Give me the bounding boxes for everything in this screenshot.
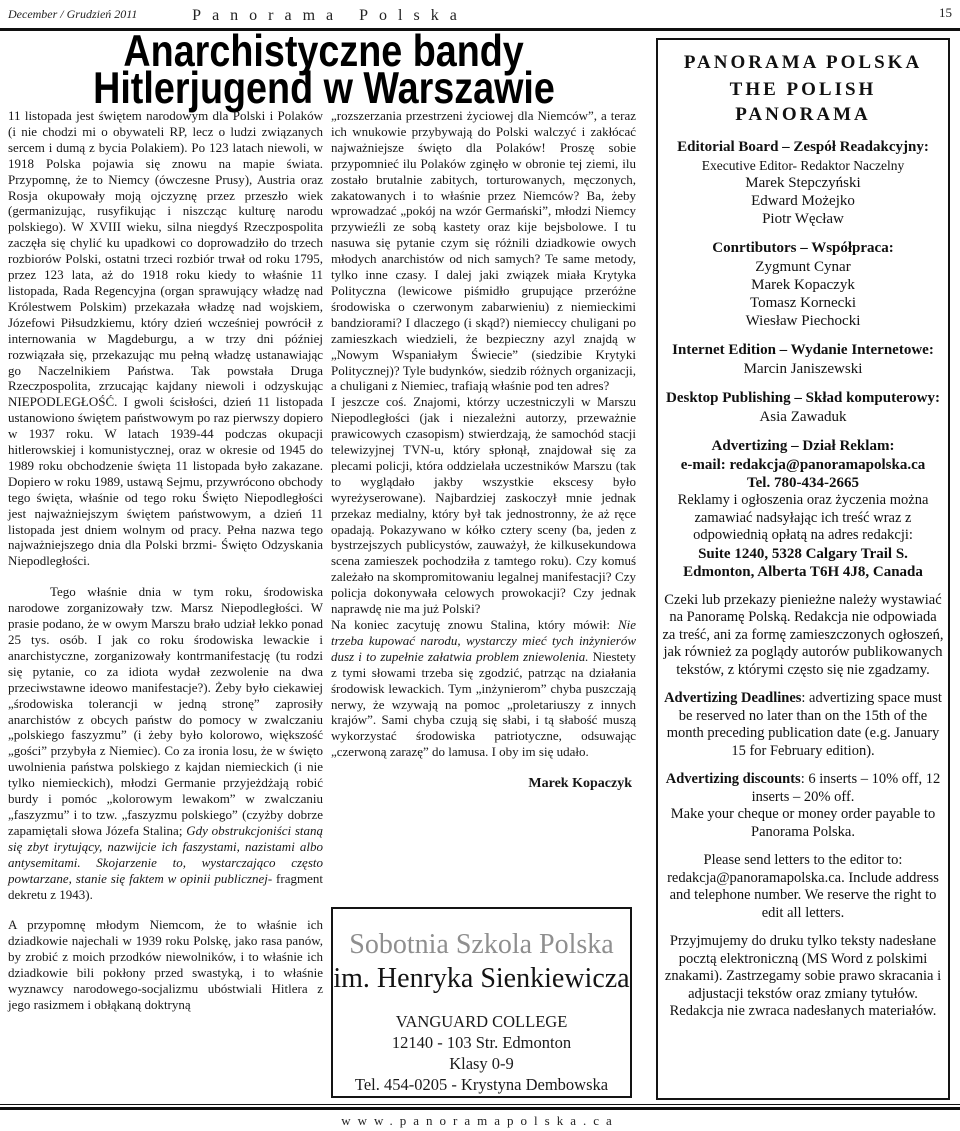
desktop-publishing-heading: Desktop Publishing – Skład komputerowy: [662, 389, 944, 408]
advertizing-note: Reklamy i ogłoszenia oraz życzenia można… [662, 492, 944, 545]
paragraph-text: I jeszcze coś. Znajomi, którzy uczestnic… [331, 394, 636, 616]
person-name: Wiesław Piechocki [662, 312, 944, 330]
article-paragraph: Na koniec zacytuję znowu Stalina, który … [331, 617, 636, 760]
cheque-payable-note: Make your cheque or money order payable … [662, 806, 944, 841]
newspaper-page: December / Grudzień 2011 Panorama Polska… [0, 0, 960, 1131]
masthead-box-title-en: THE POLISH PANORAMA [662, 77, 944, 127]
school-address: 12140 - 103 Str. Edmonton [333, 1032, 630, 1053]
person-name: Marcin Janiszewski [662, 360, 944, 378]
cheques-note: Czeki lub przekazy pienieżne należy wyst… [662, 592, 944, 680]
article-paragraph: A przypomnę młodym Niemcom, że to właśni… [8, 917, 323, 1012]
footer-rule [0, 1104, 960, 1110]
person-name: Marek Stepczyński [662, 174, 944, 192]
author-signature: Marek Kopaczyk [331, 776, 636, 792]
headline-line-2: Hitlerjugend w Warszawie [93, 69, 555, 109]
paragraph-text: A przypomnę młodym Niemcom, że to właśni… [8, 917, 323, 1012]
article-paragraph: „rozszerzania przestrzeni życiowej dla N… [331, 108, 636, 394]
website-url: www.panoramapolska.ca [0, 1113, 960, 1129]
school-classes: Klasy 0-9 [333, 1053, 630, 1074]
person-name: Marek Kopaczyk [662, 276, 944, 294]
school-patron: im. Henryka Sienkiewicza [333, 963, 630, 995]
advertizing-deadlines: Advertizing Deadlines: advertizing space… [662, 690, 944, 760]
school-name: Sobotnia Szkola Polska [333, 929, 630, 961]
article-headline: Anarchistyczne bandy Hitlerjugend w Wars… [6, 33, 642, 107]
contributors-heading: Conrtibutors – Współpraca: [662, 239, 944, 258]
article-paragraph: 11 listopada jest świętem narodowym dla … [8, 108, 323, 569]
paragraph-text: Na koniec zacytuję znowu Stalina, który … [331, 617, 618, 632]
school-phone: Tel. 454-0205 - Krystyna Dembowska [333, 1074, 630, 1095]
letters-note: Please send letters to the editor to: re… [662, 852, 944, 922]
advertizing-address-line1: Suite 1240, 5328 Calgary Trail S. [662, 545, 944, 563]
school-ad-box: Sobotnia Szkola Polska im. Henryka Sienk… [331, 907, 632, 1098]
article-paragraph: Tego właśnie dnia w tym roku, środowiska… [8, 584, 323, 902]
article-paragraph: I jeszcze coś. Znajomi, którzy uczestnic… [331, 394, 636, 617]
editorial-board-heading: Editorial Board – Zespół Readakcyjny: [662, 138, 944, 157]
masthead-info-box: PANORAMA POLSKA THE POLISH PANORAMA Edit… [656, 38, 950, 1100]
executive-editor-label: Executive Editor- Redaktor Naczelny [662, 157, 944, 174]
deadlines-lead: Advertizing Deadlines [664, 690, 801, 706]
school-college: VANGUARD COLLEGE [333, 1011, 630, 1032]
submissions-note: Przyjmujemy do druku tylko teksty nadesł… [662, 933, 944, 1021]
page-number: 15 [939, 5, 952, 21]
discounts-lead: Advertizing discounts [666, 771, 801, 787]
advertizing-phone: Tel. 780-434-2665 [662, 474, 944, 492]
person-name: Zygmunt Cynar [662, 258, 944, 276]
paragraph-text: Tego właśnie dnia w tym roku, środowiska… [8, 584, 323, 838]
masthead-title: Panorama Polska [0, 7, 660, 25]
internet-edition-heading: Internet Edition – Wydanie Internetowe: [662, 341, 944, 360]
person-name: Piotr Węcław [662, 210, 944, 228]
paragraph-text: 11 listopada jest świętem narodowym dla … [8, 108, 323, 568]
article-column-left: 11 listopada jest świętem narodowym dla … [8, 108, 323, 1013]
person-name: Tomasz Kornecki [662, 294, 944, 312]
article-column-middle: „rozszerzania przestrzeni życiowej dla N… [331, 108, 636, 792]
advertizing-address-line2: Edmonton, Alberta T6H 4J8, Canada [662, 563, 944, 581]
advertizing-email: e-mail: redakcja@panoramapolska.ca [662, 456, 944, 474]
advertizing-discounts: Advertizing discounts: 6 inserts – 10% o… [662, 771, 944, 806]
advertizing-heading: Advertizing – Dział Reklam: [662, 437, 944, 456]
paragraph-text: „rozszerzania przestrzeni życiowej dla N… [331, 108, 636, 393]
person-name: Asia Zawaduk [662, 408, 944, 426]
paragraph-text: Niestety z tymi słowami trzeba się zgodz… [331, 649, 636, 759]
person-name: Edward Możejko [662, 192, 944, 210]
masthead-box-title-pl: PANORAMA POLSKA [662, 50, 944, 75]
